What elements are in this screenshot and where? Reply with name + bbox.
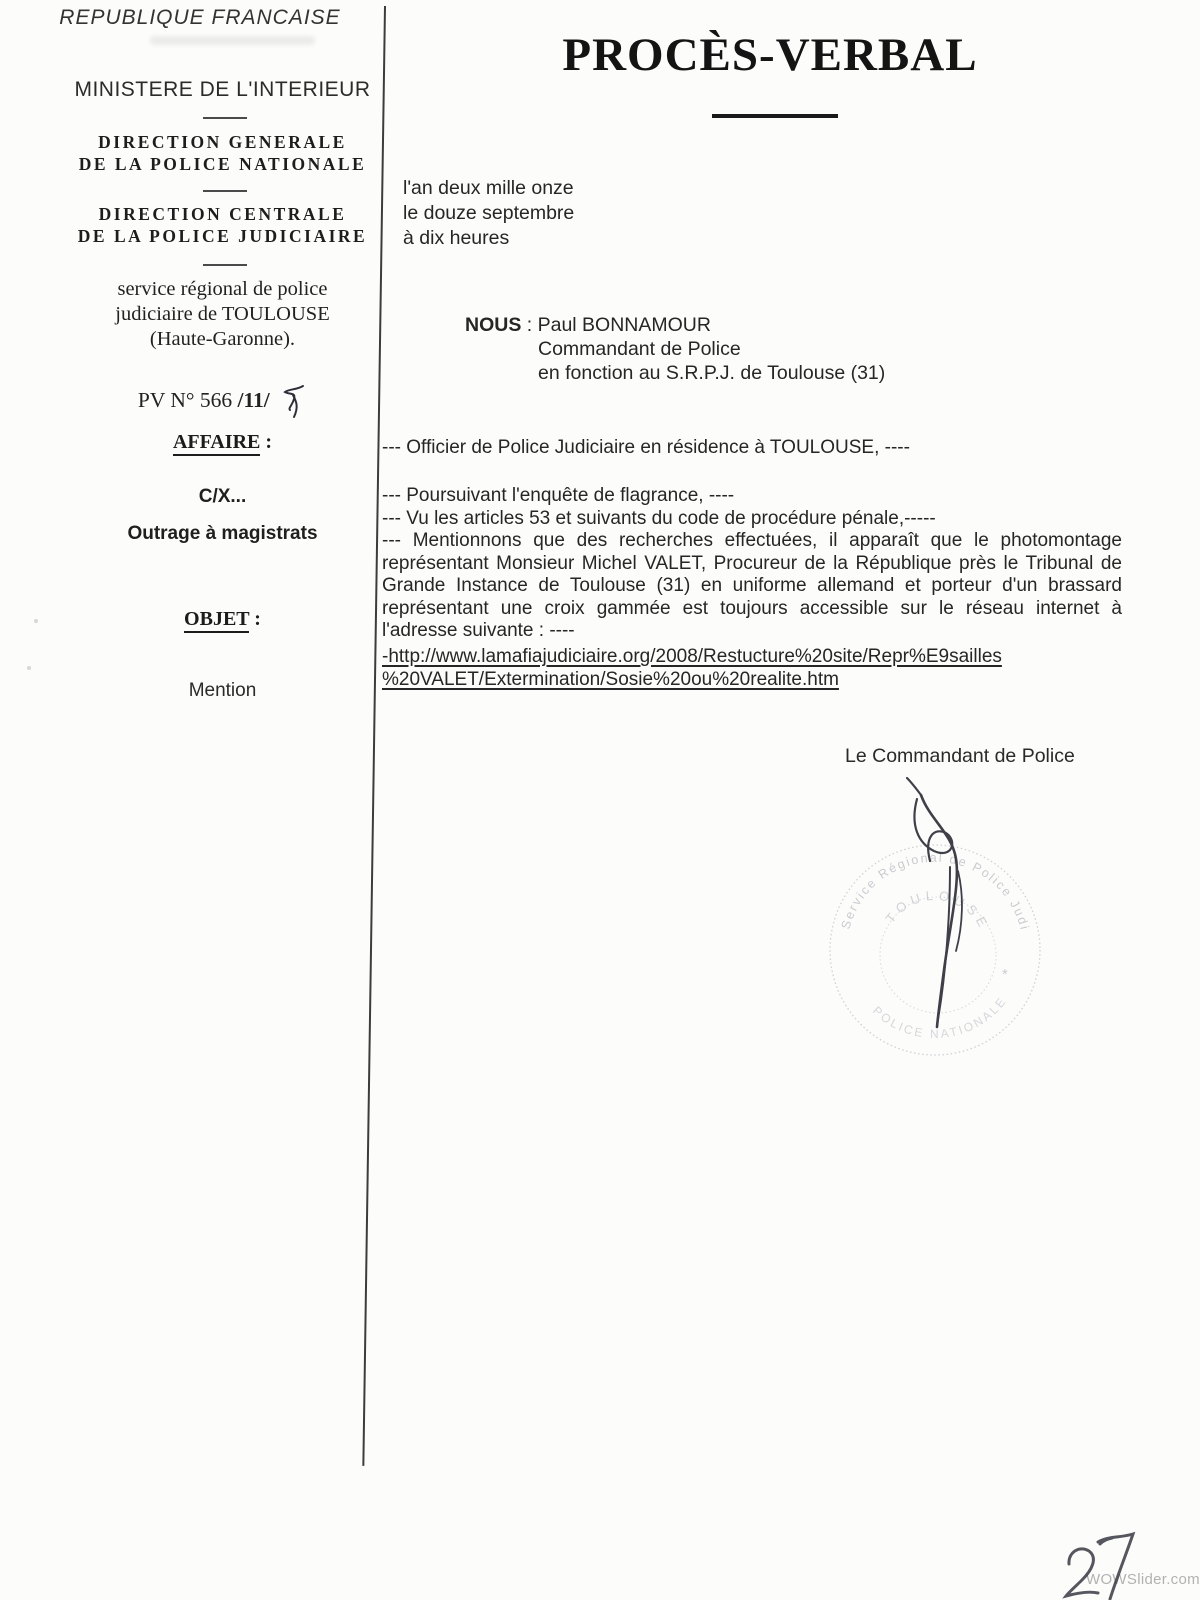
- handwritten-page-number: [1040, 1520, 1200, 1600]
- stamp-toulouse-text: TOULOUSE: [882, 888, 992, 934]
- direction-centrale-heading: DIRECTION CENTRALE DE LA POLICE JUDICIAI…: [45, 203, 400, 247]
- service-regional-block: service régional de police judiciaire de…: [45, 277, 400, 352]
- title-underline: [712, 114, 838, 118]
- direction-generale-line2: DE LA POLICE NATIONALE: [45, 153, 400, 175]
- ministry-heading: MINISTERE DE L'INTERIEUR: [45, 78, 400, 102]
- date-line-day: le douze septembre: [403, 201, 574, 226]
- officer-rank: Commandant de Police: [538, 337, 885, 361]
- scanned-document-page: REPUBLIQUE FRANCAISE MINISTERE DE L'INTE…: [0, 0, 1200, 1600]
- pv-number-prefix: PV N° 566: [138, 388, 238, 412]
- scan-speck: [27, 666, 31, 670]
- poursuivant-line: --- Poursuivant l'enquête de flagrance, …: [382, 485, 1127, 507]
- handwritten-mark: [281, 381, 307, 419]
- officer-name-line: NOUS : Paul BONNAMOUR: [465, 313, 885, 337]
- objet-value: Mention: [45, 680, 400, 702]
- affaire-label: AFFAIRE :: [45, 431, 400, 454]
- pv-number-year: /11/: [237, 388, 269, 412]
- url-line-1: -http://www.lamafiajudiciaire.org/2008/R…: [382, 646, 1122, 668]
- section-divider-rule: [203, 264, 247, 266]
- service-line3: (Haute-Garonne).: [45, 327, 400, 352]
- officer-posting: en fonction au S.R.P.J. de Toulouse (31): [538, 361, 885, 385]
- direction-generale-heading: DIRECTION GENERALE DE LA POLICE NATIONAL…: [45, 131, 400, 175]
- pv-number: PV N° 566 /11/: [45, 381, 400, 419]
- nous-label: NOUS: [465, 314, 521, 336]
- officer-identity-block: NOUS : Paul BONNAMOUR Commandant de Poli…: [465, 313, 885, 385]
- objet-label: OBJET :: [45, 608, 400, 631]
- case-reference: C/X...: [45, 486, 400, 508]
- date-line-year: l'an deux mille onze: [403, 176, 574, 201]
- officier-line: --- Officier de Police Judiciaire en rés…: [382, 437, 1127, 459]
- stamp-outer-circle: [830, 845, 1040, 1055]
- vu-articles-line: --- Vu les articles 53 et suivants du co…: [382, 508, 1127, 530]
- service-line2: judiciaire de TOULOUSE: [45, 302, 400, 327]
- date-line-hour: à dix heures: [403, 226, 574, 251]
- url-line-2: %20VALET/Extermination/Sosie%20ou%20real…: [382, 669, 1122, 691]
- date-block: l'an deux mille onze le douze septembre …: [403, 176, 574, 251]
- direction-centrale-line1: DIRECTION CENTRALE: [45, 203, 400, 225]
- signatory-title: Le Commandant de Police: [845, 745, 1075, 768]
- official-round-stamp: Service Régional de Police Judiciaire TO…: [800, 775, 1070, 1075]
- document-title: PROCÈS-VERBAL: [430, 28, 1110, 82]
- charge-text: Outrage à magistrats: [45, 523, 400, 545]
- officer-name: : Paul BONNAMOUR: [521, 314, 711, 336]
- section-divider-rule: [203, 117, 247, 119]
- mention-paragraph: --- Mentionnons que des recherches effec…: [382, 530, 1122, 643]
- section-divider-rule: [203, 190, 247, 192]
- scan-speck: [34, 619, 38, 623]
- service-line1: service régional de police: [45, 277, 400, 302]
- stamp-arc-top-text: Service Régional de Police Judiciaire: [800, 775, 1032, 932]
- scan-smudge: [150, 36, 315, 45]
- republic-heading: REPUBLIQUE FRANCAISE: [45, 6, 355, 30]
- direction-centrale-line2: DE LA POLICE JUDICIAIRE: [45, 225, 400, 247]
- stamp-star: *: [1002, 966, 1008, 983]
- direction-generale-line1: DIRECTION GENERALE: [45, 131, 400, 153]
